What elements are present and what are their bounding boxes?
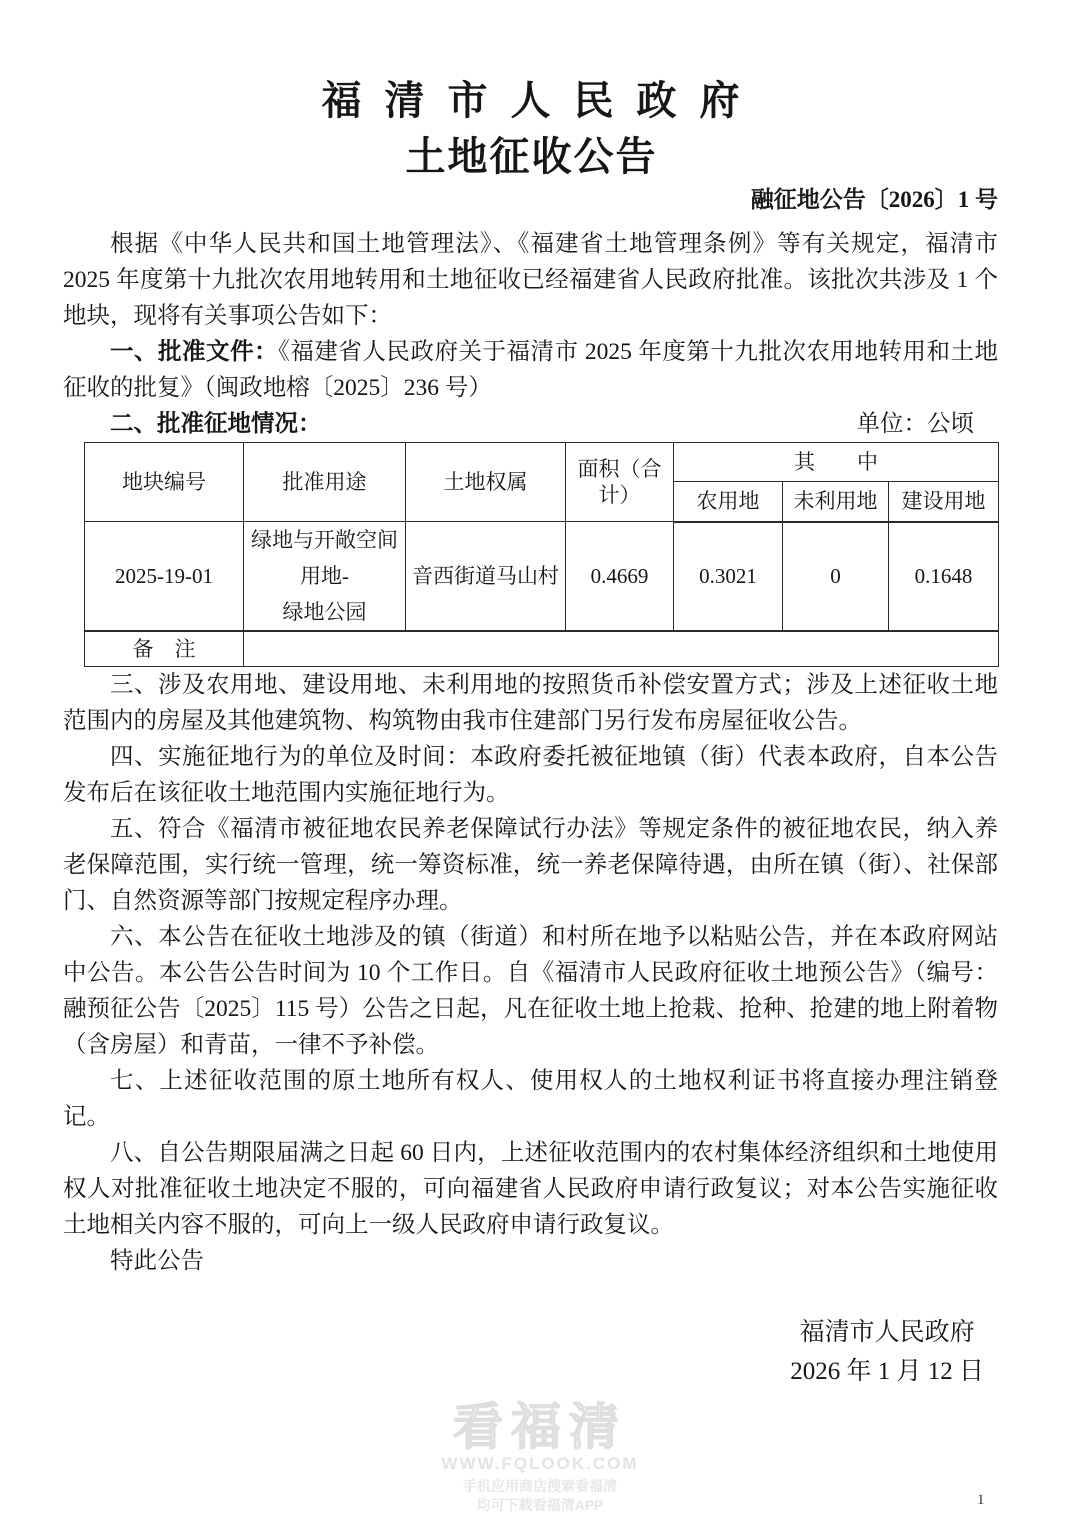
watermark-line2: 均可下载看福清APP [0, 1498, 1080, 1512]
cell-approved-use-line1: 绿地与开敞空间用地- [246, 522, 403, 594]
watermark: 看福清 WWW.FQLOOK.COM 手机应用商店搜索看福清 均可下载看福清AP… [0, 1400, 1080, 1512]
paragraph-approval-lead: 一、批准文件： [110, 339, 278, 365]
document-body: 根据《中华人民共和国土地管理法》、《福建省土地管理条例》等有关规定，福清市 20… [63, 226, 998, 1391]
signature-org: 福清市人民政府 [790, 1313, 984, 1352]
signature-block: 福清市人民政府 2026 年 1 月 12 日 [63, 1313, 998, 1391]
paragraph-implementation: 四、实施征地行为的单位及时间：本政府委托被征地镇（街）代表本政府，自本公告发布后… [63, 739, 998, 811]
cell-agricultural: 0.3021 [674, 522, 783, 632]
paragraph-compensation: 三、涉及农用地、建设用地、未利用地的按照货币补偿安置方式；涉及上述征收土地范围内… [63, 667, 998, 739]
th-area-total: 面积（合计） [566, 443, 674, 522]
paragraph-review: 八、自公告期限届满之日起 60 日内，上述征收范围内的农村集体经济组织和土地使用… [63, 1135, 998, 1243]
cell-construction: 0.1648 [889, 522, 999, 632]
closing-statement: 特此公告 [63, 1243, 998, 1279]
signature-date: 2026 年 1 月 12 日 [790, 1352, 984, 1391]
announcement-page: 看福清 WWW.FQLOOK.COM 手机应用商店搜索看福清 均可下载看福清AP… [0, 0, 1080, 1527]
cell-area-total: 0.4669 [566, 522, 674, 632]
watermark-brand: 看福清 [0, 1400, 1080, 1454]
paragraph-intro: 根据《中华人民共和国土地管理法》、《福建省土地管理条例》等有关规定，福清市 20… [63, 226, 998, 334]
th-construction-land: 建设用地 [889, 482, 999, 522]
th-agricultural-land: 农用地 [674, 482, 783, 522]
th-approved-use: 批准用途 [244, 443, 406, 522]
paragraph-approval-document: 一、批准文件：《福建省人民政府关于福清市 2025 年度第十九批次农用地转用和土… [63, 334, 998, 406]
section-approved-land: 二、批准征地情况： 单位：公顷 [63, 406, 998, 442]
page-number: 1 [977, 1492, 985, 1509]
cell-approved-use: 绿地与开敞空间用地-绿地公园 [244, 522, 406, 632]
doc-number: 融征地公告〔2026〕1 号 [63, 182, 998, 218]
unit-label: 单位：公顷 [857, 406, 975, 442]
watermark-line1: 手机应用商店搜索看福清 [0, 1479, 1080, 1493]
th-land-ownership: 土地权属 [406, 443, 566, 522]
cell-unused: 0 [783, 522, 889, 632]
land-requisition-table: 地块编号 批准用途 土地权属 面积（合计） 其 中 农用地 未利用地 建设用地 … [84, 442, 999, 667]
section-approved-land-lead: 二、批准征地情况： [110, 406, 322, 442]
paragraph-deregistration: 七、上述征收范围的原土地所有权人、使用权人的土地权利证书将直接办理注销登记。 [63, 1063, 998, 1135]
document-content: 福清市人民政府 土地征收公告 融征地公告〔2026〕1 号 根据《中华人民共和国… [0, 0, 1080, 1391]
table-row: 2025-19-01 绿地与开敞空间用地-绿地公园 音西街道马山村 0.4669… [85, 522, 999, 632]
cell-plot-no: 2025-19-01 [85, 522, 244, 632]
th-unused-land: 未利用地 [783, 482, 889, 522]
doc-title: 土地征收公告 [63, 132, 998, 182]
cell-notes-label: 备 注 [85, 631, 244, 666]
paragraph-pension: 五、符合《福清市被征地农民养老保障试行办法》等规定条件的被征地农民，纳入养老保障… [63, 811, 998, 919]
th-among-which: 其 中 [674, 443, 999, 482]
th-plot-no: 地块编号 [85, 443, 244, 522]
cell-approved-use-line2: 绿地公园 [246, 594, 403, 630]
paragraph-posting: 六、本公告在征收土地涉及的镇（街道）和村所在地予以粘贴公告，并在本政府网站中公告… [63, 919, 998, 1063]
org-title: 福清市人民政府 [63, 76, 998, 126]
cell-ownership: 音西街道马山村 [406, 522, 566, 632]
cell-notes-value [244, 631, 999, 666]
watermark-site: WWW.FQLOOK.COM [0, 1454, 1080, 1474]
